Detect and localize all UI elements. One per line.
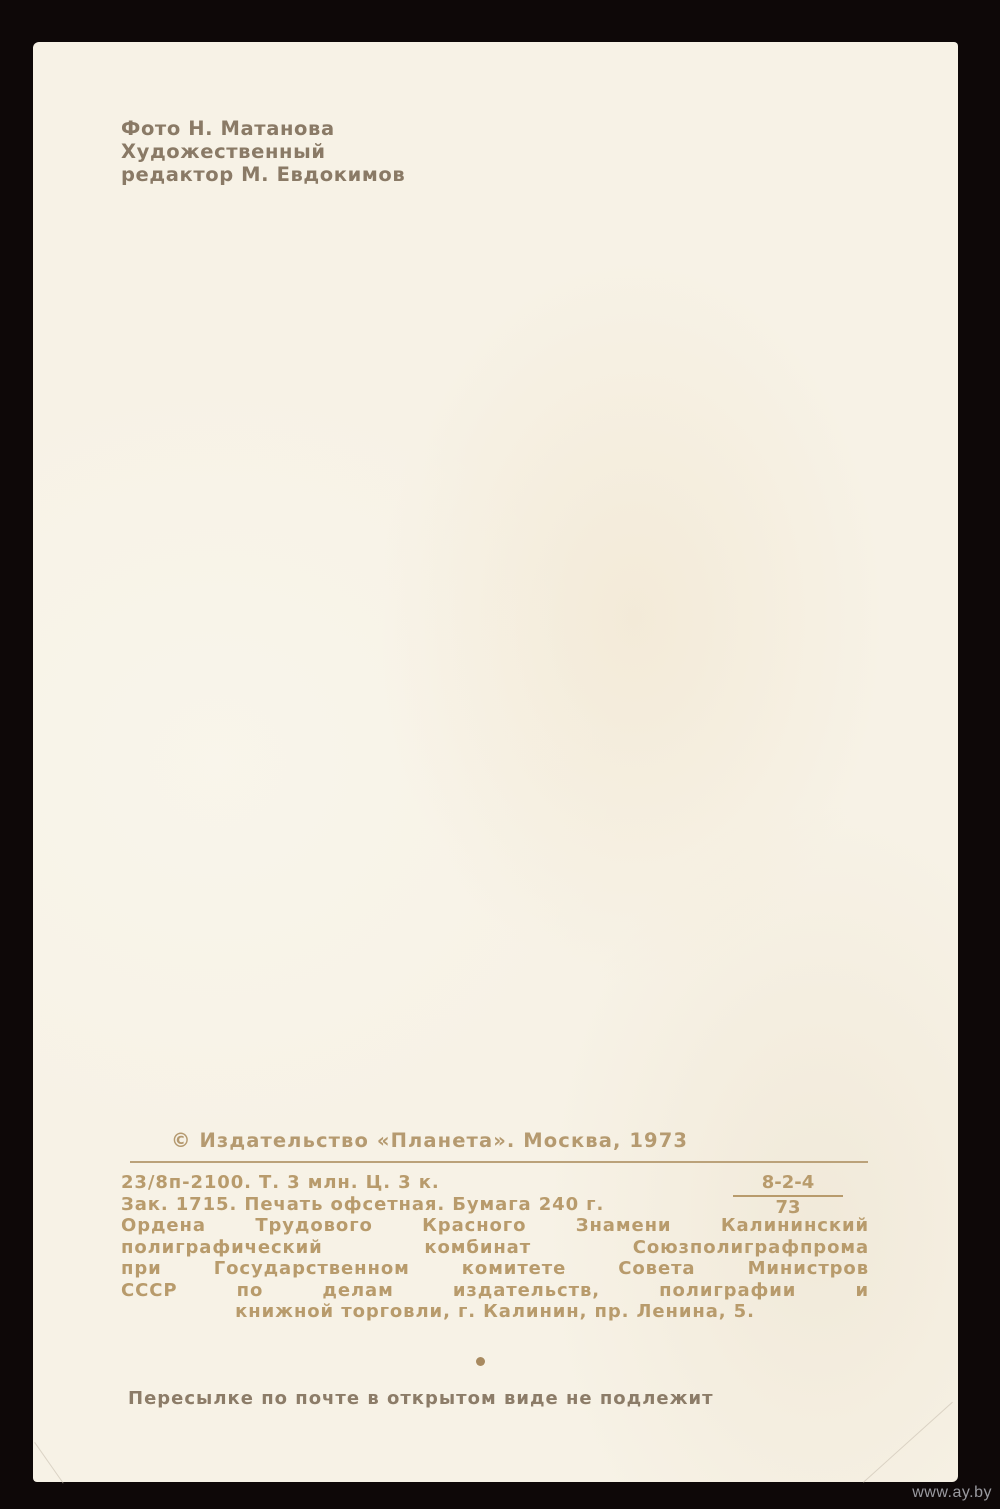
printer-line-1: Ордена Трудового Красного Знамени Калини… bbox=[121, 1215, 869, 1237]
mail-note: Пересылке по почте в открытом виде не по… bbox=[128, 1388, 714, 1409]
publisher-text: Издательство «Планета». Москва, 1973 bbox=[200, 1129, 689, 1152]
catalog-index: 8-2-4 73 bbox=[733, 1172, 843, 1218]
index-denominator: 73 bbox=[733, 1197, 843, 1218]
copyright-icon: © bbox=[171, 1129, 192, 1152]
printer-line-3: при Государственном комитете Совета Мини… bbox=[121, 1258, 869, 1280]
divider-rule bbox=[130, 1161, 868, 1163]
watermark: www.ay.by bbox=[912, 1484, 992, 1502]
credits-block: Фото Н. Матанова Художественный редактор… bbox=[121, 117, 405, 186]
postcard-back: Фото Н. Матанова Художественный редактор… bbox=[33, 42, 958, 1482]
printer-line-2: полиграфический комбинат Союзполиграфпро… bbox=[121, 1237, 869, 1259]
bullet-dot-icon bbox=[476, 1357, 485, 1366]
photo-credit: Фото Н. Матанова bbox=[121, 117, 405, 140]
copyright-line: © Издательство «Планета». Москва, 1973 bbox=[171, 1129, 688, 1152]
paper-crease bbox=[34, 1442, 63, 1484]
art-editor-name: редактор М. Евдокимов bbox=[121, 163, 405, 186]
printer-line-4: СССР по делам издательств, полиграфии и bbox=[121, 1280, 869, 1302]
paper-crease bbox=[863, 1402, 953, 1483]
printer-line-5: книжной торговли, г. Калинин, пр. Ленина… bbox=[121, 1301, 869, 1323]
index-numerator: 8-2-4 bbox=[733, 1172, 843, 1193]
art-editor-title: Художественный bbox=[121, 140, 405, 163]
